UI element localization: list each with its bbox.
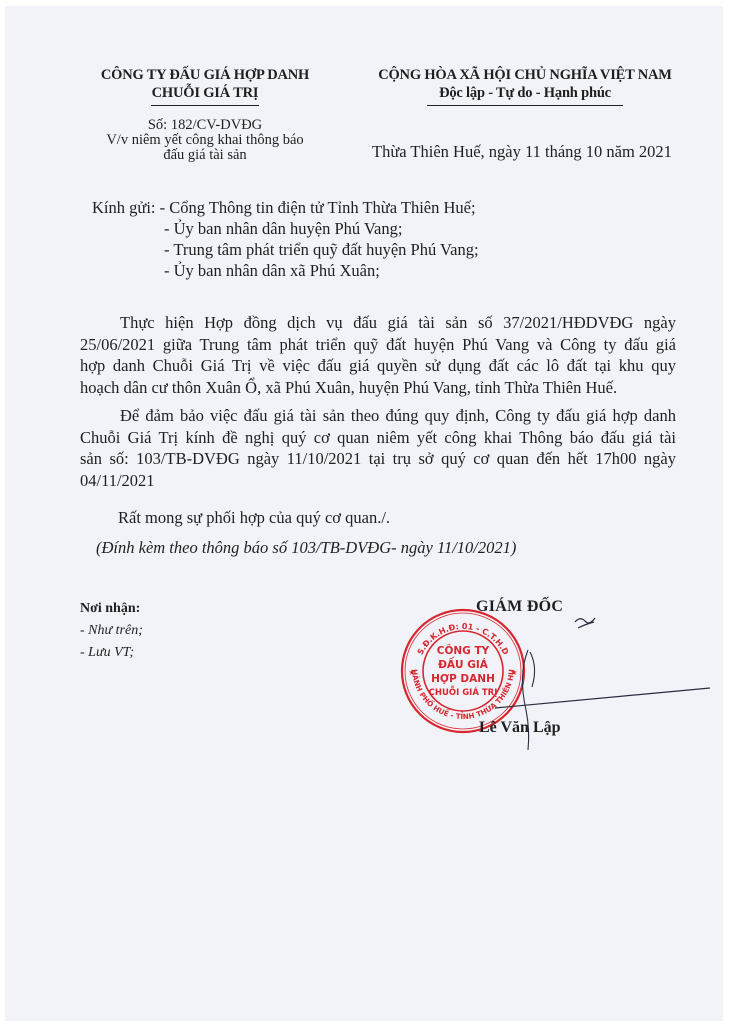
place-and-date: Thừa Thiên Huế, ngày 11 tháng 10 năm 202… [372, 142, 672, 162]
header-underline-left [151, 105, 259, 106]
paragraph-line: Thực hiện Hợp đồng dịch vụ đấu giá tài s… [80, 312, 676, 334]
national-title: CỘNG HÒA XÃ HỘI CHỦ NGHĨA VIỆT NAM [360, 66, 690, 84]
recipient-item: - Cổng Thông tin điện tử Tỉnh Thừa Thiên… [160, 198, 476, 217]
header-underline-right [427, 105, 623, 106]
signer-name: Lê Văn Lập [479, 719, 561, 737]
national-header: CỘNG HÒA XÃ HỘI CHỦ NGHĨA VIỆT NAM Độc l… [360, 66, 690, 106]
closing-line: Rất mong sự phối hợp của quý cơ quan./. [118, 508, 390, 528]
paragraph-line: hợp danh Chuỗi Giá Trị về việc đấu giá q… [80, 355, 676, 377]
organization-header: CÔNG TY ĐẤU GIÁ HỢP DANH CHUỖI GIÁ TRỊ S… [60, 66, 350, 163]
subject-line2: đấu giá tài sản [60, 148, 350, 163]
recipient-row: Kính gửi: - Cổng Thông tin điện tử Tỉnh … [92, 197, 479, 218]
received-by-label: Nơi nhận: [80, 601, 140, 617]
recipient-item: - Trung tâm phát triển quỹ đất huyện Phú… [92, 239, 479, 260]
paragraph-line: Để đảm bảo việc đấu giá tài sản theo đún… [80, 405, 676, 427]
recipients-label: Kính gửi: [92, 198, 156, 217]
paragraph-line: hoạch dân cư thôn Xuân Ổ, xã Phú Xuân, h… [80, 377, 676, 399]
paragraph-line: 04/11/2021 [80, 470, 676, 492]
document-number: Số: 182/CV-DVĐG [60, 118, 350, 133]
organization-name-line2: CHUỖI GIÁ TRỊ [60, 84, 350, 102]
recipient-item: - Ủy ban nhân dân xã Phú Xuân; [92, 260, 479, 281]
body-paragraph-1: Thực hiện Hợp đồng dịch vụ đấu giá tài s… [80, 312, 676, 398]
national-motto: Độc lập - Tự do - Hạnh phúc [360, 84, 690, 102]
recipients-block: Kính gửi: - Cổng Thông tin điện tử Tỉnh … [92, 197, 479, 281]
body-paragraph-2: Để đảm bảo việc đấu giá tài sản theo đún… [80, 405, 676, 491]
received-by-item: - Như trên; [80, 623, 143, 639]
paragraph-line: sản số: 103/TB-DVĐG ngày 11/10/2021 tại … [80, 448, 676, 470]
subject-line1: V/v niêm yết công khai thông báo [60, 133, 350, 148]
paragraph-line: Chuỗi Giá Trị kính đề nghị quý cơ quan n… [80, 427, 676, 449]
paragraph-line: 25/06/2021 giữa Trung tâm phát triển quỹ… [80, 334, 676, 356]
attachment-note: (Đính kèm theo thông báo số 103/TB-DVĐG-… [96, 538, 516, 558]
recipient-item: - Ủy ban nhân dân huyện Phú Vang; [92, 218, 479, 239]
organization-name-line1: CÔNG TY ĐẤU GIÁ HỢP DANH [60, 66, 350, 84]
received-by-item: - Lưu VT; [80, 645, 134, 661]
